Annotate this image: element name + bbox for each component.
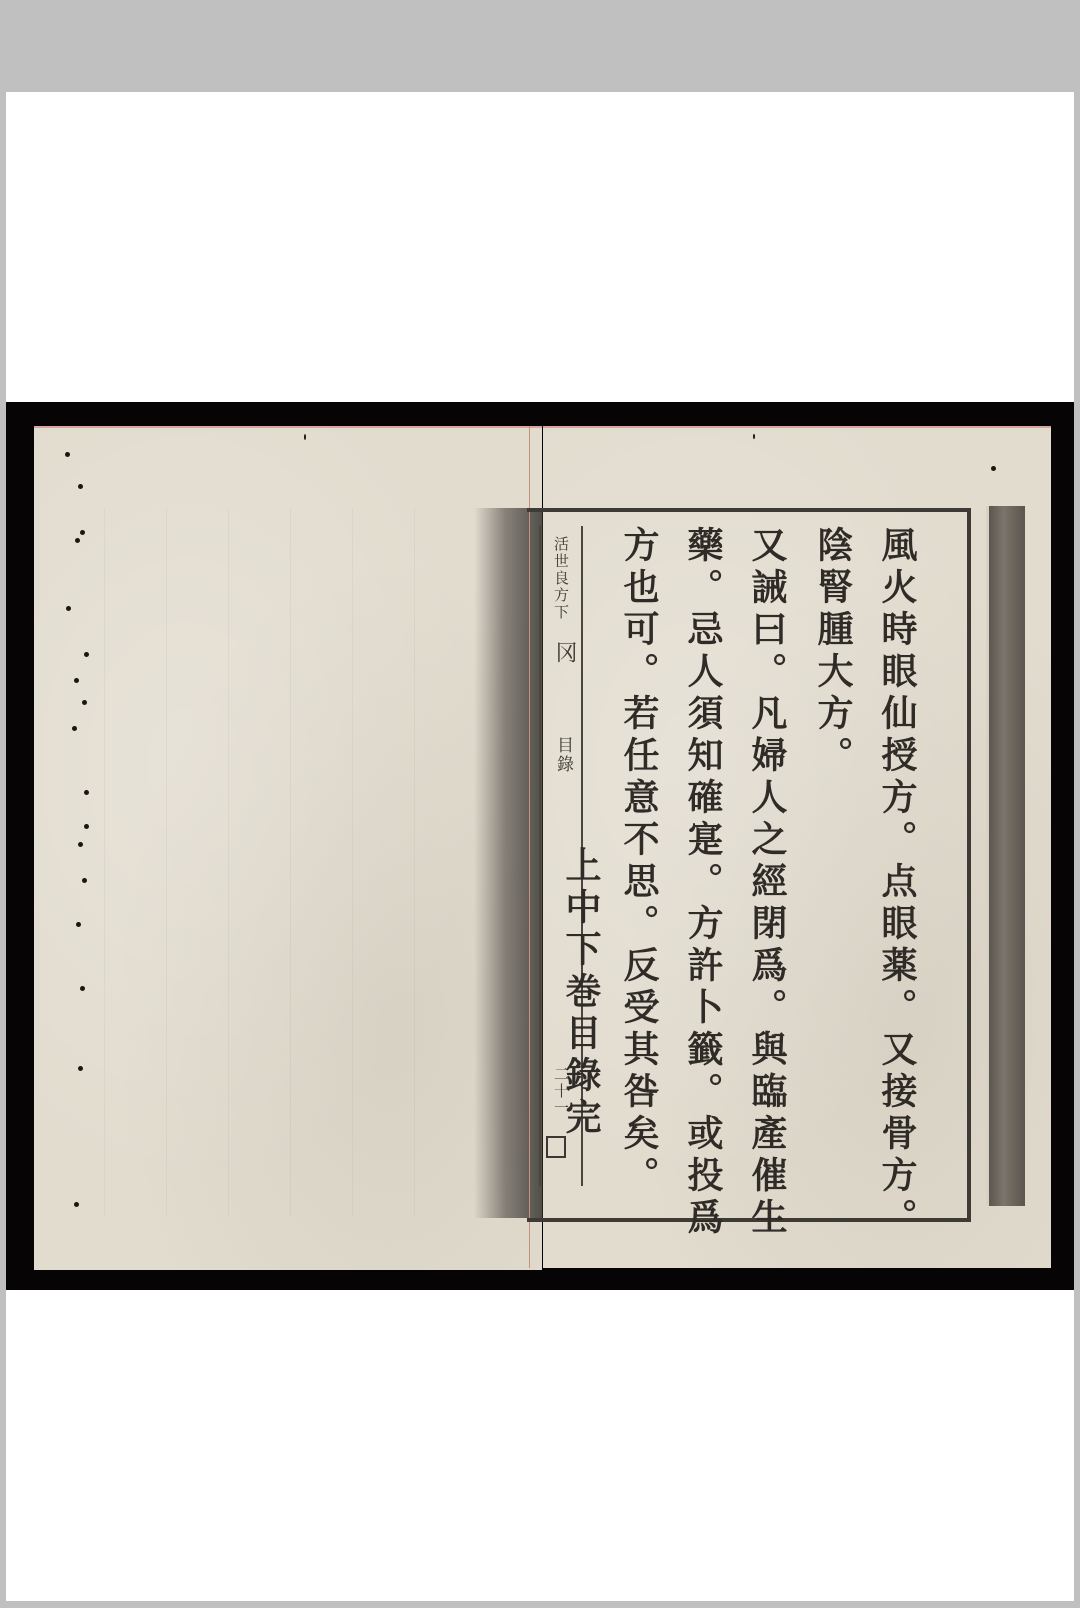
spine-section: 目錄	[551, 736, 576, 774]
right-page: 活世良方下 冈 目錄 二十一 風火時眼仙授方。点眼薬。又接骨方。 陰腎腫大方。 …	[543, 426, 1051, 1268]
binding-hole	[78, 484, 83, 489]
binding-hole	[304, 434, 306, 440]
binding-hole	[75, 538, 80, 543]
binding-hole	[65, 452, 70, 457]
binding-hole	[84, 652, 89, 657]
binding-hole	[80, 530, 85, 535]
right-margin-ink-bar	[986, 506, 1025, 1206]
binding-hole	[76, 922, 81, 927]
binding-hole	[991, 466, 996, 471]
binding-hole	[80, 986, 85, 991]
binding-hole	[84, 824, 89, 829]
binding-hole	[82, 878, 87, 883]
fish-tail-mark: 冈	[549, 641, 580, 665]
binding-hole	[78, 1066, 83, 1071]
binding-hole	[753, 434, 755, 439]
left-page-faint-rules	[104, 508, 462, 1216]
spine-title: 活世良方下	[551, 536, 572, 621]
binding-hole	[78, 842, 83, 847]
binding-hole	[72, 726, 77, 731]
text-column-2: 陰腎腫大方。	[815, 526, 851, 778]
text-column-4: 藥。忌人須知確寔。方許卜籤。或投爲	[685, 526, 721, 1240]
binding-hole	[74, 678, 79, 683]
text-column-6-colophon: 上中下巻目錄完	[563, 846, 599, 1140]
text-column-3: 又誡曰。凡婦人之經閉爲。與臨產催生	[749, 526, 785, 1240]
left-page	[34, 426, 542, 1270]
binding-hole	[82, 700, 87, 705]
binding-hole	[74, 1202, 79, 1207]
text-column-5: 方也可。若任意不思。反受其咎矣。	[621, 526, 657, 1198]
binding-hole	[66, 606, 71, 611]
text-column-1: 風火時眼仙授方。点眼薬。又接骨方。	[879, 526, 915, 1240]
book-scan-photo: 活世良方下 冈 目錄 二十一 風火時眼仙授方。点眼薬。又接骨方。 陰腎腫大方。 …	[6, 402, 1074, 1290]
binding-hole	[84, 790, 89, 795]
